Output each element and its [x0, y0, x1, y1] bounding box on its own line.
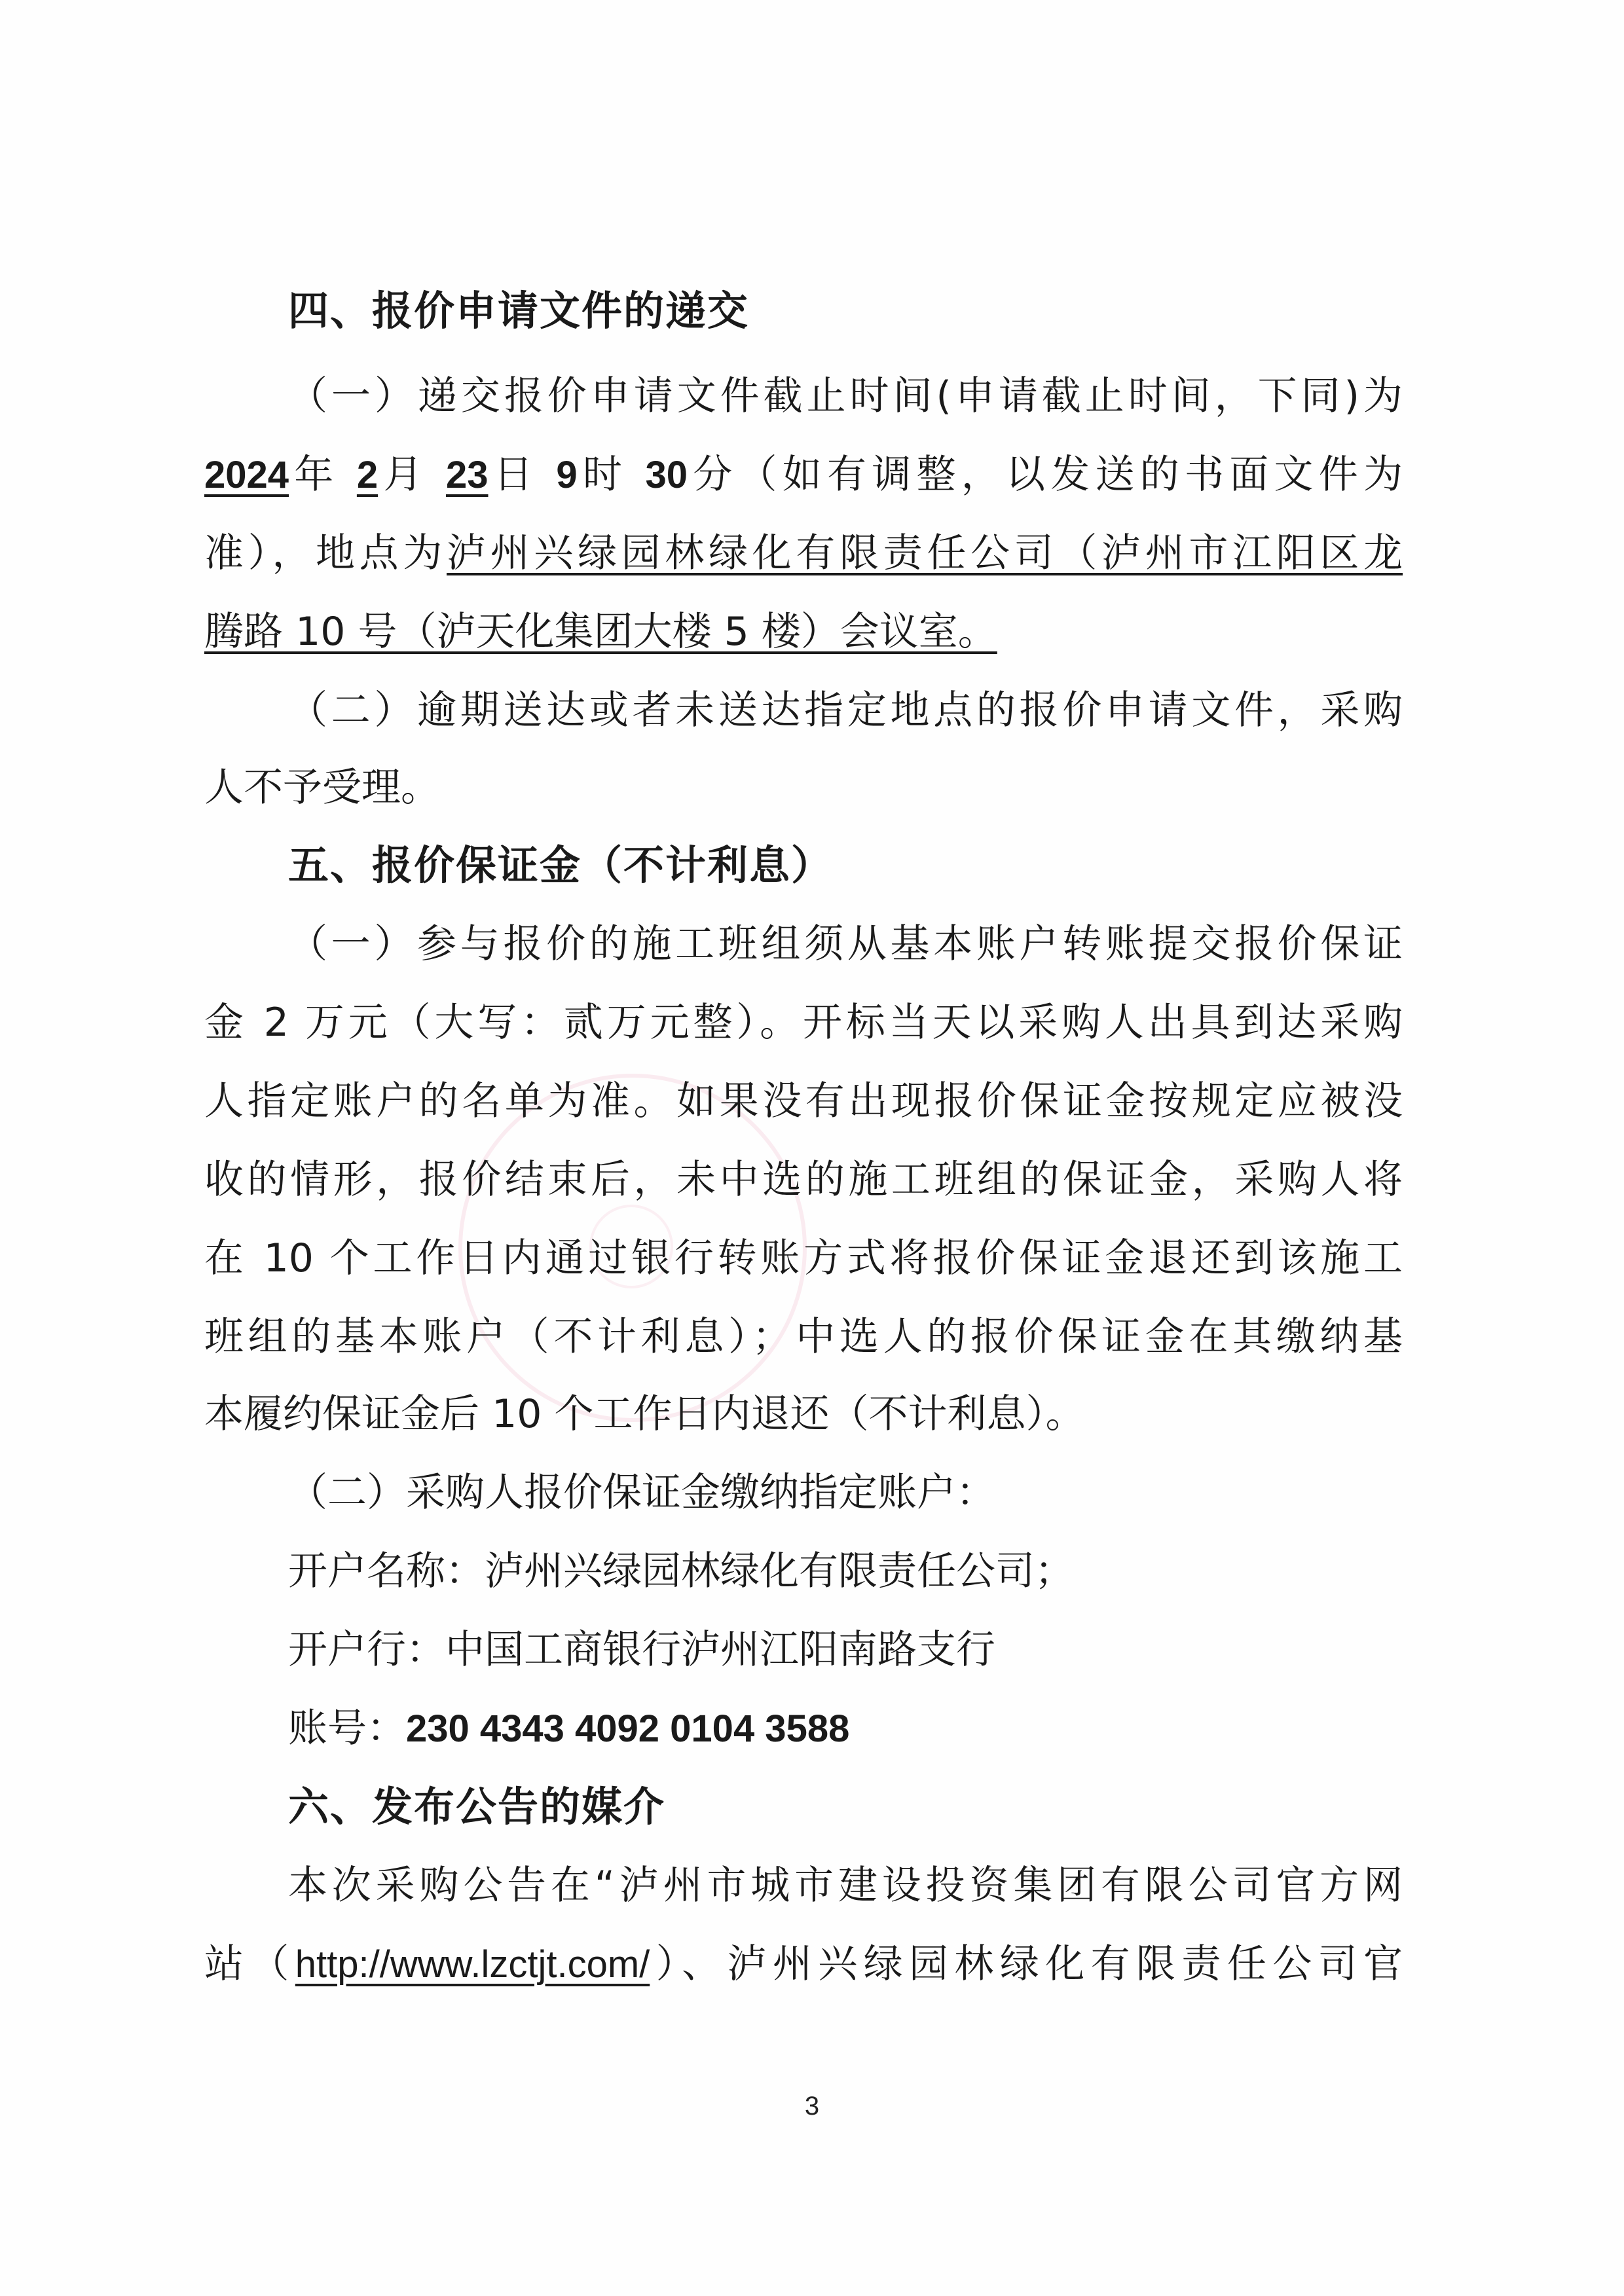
section4-item1-deadline-line: 2024年 2月 23日 9时 30分（如有调整，以发送的书面文件为: [204, 435, 1403, 514]
location-prefix: 准），地点为: [204, 530, 447, 576]
section5-item1-line: 收的情形，报价结束后，未中选的施工班组的保证金，采购人将: [204, 1140, 1403, 1219]
account-name-value: 泸州兴绿园林绿化有限责任公司；: [485, 1548, 1074, 1594]
account-number-line: 账号：230 4343 4092 0104 3588: [288, 1689, 1403, 1768]
deadline-day: 23: [446, 454, 489, 496]
location-underlined-1: 泸州兴绿园林绿化有限责任公司（泸州市江阳区龙: [447, 530, 1403, 576]
location-underlined-2: 腾路 10 号（泸天化集团大楼 5 楼）会议室。: [204, 609, 997, 655]
website-link[interactable]: http://www.lzctjt.com/: [295, 1943, 650, 1986]
section4-item2-line2: 人不予受理。: [204, 748, 1403, 827]
section6-heading: 六、发布公告的媒介: [288, 1768, 1486, 1846]
section5-item1-line: （一）参与报价的施工班组须从基本账户转账提交报价保证: [288, 905, 1403, 983]
section5-item1-line: 班组的基本账户（不计利息）；中选人的报价保证金在其缴纳基: [204, 1298, 1403, 1376]
deadline-month: 2: [357, 454, 378, 496]
section5-heading: 五、报价保证金（不计利息）: [288, 826, 1486, 905]
minute-suffix: 分（如有调整，以发送的书面文件为: [688, 452, 1403, 498]
section6-line1: 本次采购公告在“泸州市城市建设投资集团有限公司官方网: [288, 1846, 1403, 1925]
section4-item1-location-line2: 腾路 10 号（泸天化集团大楼 5 楼）会议室。: [204, 592, 1403, 671]
section4-item1-location-line1: 准），地点为泸州兴绿园林绿化有限责任公司（泸州市江阳区龙: [204, 514, 1403, 592]
deadline-minute: 30: [645, 454, 688, 496]
month-suffix: 月: [378, 452, 428, 498]
section5-item1-line: 在 10 个工作日内通过银行转账方式将报价保证金退还到该施工: [204, 1219, 1403, 1298]
deadline-year: 2024: [204, 454, 289, 496]
section5-item2-line1: （二）采购人报价保证金缴纳指定账户：: [288, 1453, 1403, 1532]
day-suffix: 日: [489, 452, 539, 498]
section4-item2-line1: （二）逾期送达或者未送达指定地点的报价申请文件，采购: [288, 671, 1403, 750]
url-prefix: 站（: [204, 1941, 295, 1987]
account-name-label: 开户名称：: [288, 1548, 485, 1594]
account-number-value: 230 4343 4092 0104 3588: [406, 1707, 849, 1750]
bank-label: 开户行：: [288, 1627, 445, 1673]
section6-line2: 站（http://www.lzctjt.com/）、泸州兴绿园林绿化有限责任公司…: [204, 1925, 1403, 2003]
account-name-line: 开户名称：泸州兴绿园林绿化有限责任公司；: [288, 1532, 1403, 1611]
hour-suffix: 时: [578, 452, 628, 498]
section5-item1-line: 本履约保证金后 10 个工作日内退还（不计利息）。: [204, 1375, 1403, 1453]
page-number: 3: [786, 2092, 838, 2121]
section4-heading: 四、报价申请文件的递交: [288, 272, 1486, 350]
account-number-label: 账号：: [288, 1705, 406, 1751]
section5-item1-line: 人指定账户的名单为准。如果没有出现报价保证金按规定应被没: [204, 1062, 1403, 1140]
document-page: 四、报价申请文件的递交 （一）递交报价申请文件截止时间(申请截止时间，下同)为 …: [0, 0, 1624, 2296]
section4-item1-line1: （一）递交报价申请文件截止时间(申请截止时间，下同)为: [288, 357, 1403, 435]
deadline-hour: 9: [556, 454, 577, 496]
bank-value: 中国工商银行泸州江阳南路支行: [445, 1627, 995, 1673]
bank-line: 开户行：中国工商银行泸州江阳南路支行: [288, 1611, 1403, 1689]
url-suffix: ）、泸州兴绿园林绿化有限责任公司官: [650, 1941, 1403, 1987]
year-suffix: 年: [289, 452, 339, 498]
section5-item1-line: 金 2 万元（大写：贰万元整）。开标当天以采购人出具到达采购: [204, 983, 1403, 1062]
